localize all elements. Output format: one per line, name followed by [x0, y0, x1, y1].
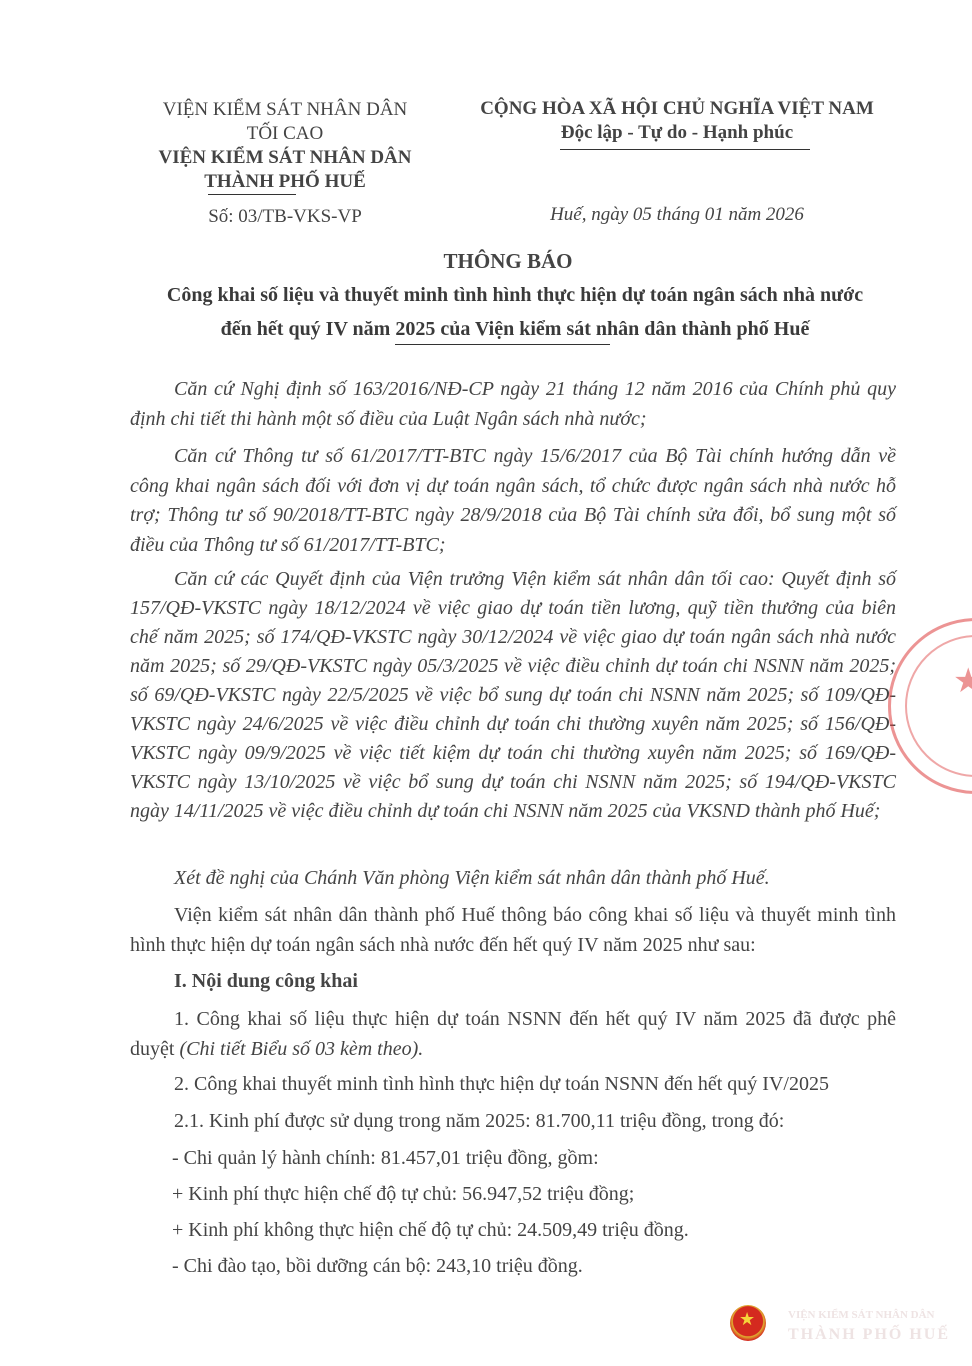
item-2: 2. Công khai thuyết minh tình hình thực … — [174, 1073, 829, 1096]
org-name-line2: THÀNH PHỐ HUẾ — [100, 170, 470, 194]
subtitle-underline — [395, 344, 610, 345]
item-1-note: (Chi tiết Biểu số 03 kèm theo). — [179, 1038, 423, 1060]
document-number: Số: 03/TB-VKS-VP — [100, 205, 470, 229]
autonomous-funding-line: + Kinh phí thực hiện chế độ tự chủ: 56.9… — [172, 1183, 634, 1206]
basis-proposal: Xét đề nghị của Chánh Văn phòng Viện kiể… — [130, 864, 896, 894]
item-2-1: 2.1. Kinh phí được sử dụng trong năm 202… — [174, 1110, 784, 1133]
star-icon: ★ — [953, 661, 972, 701]
item-1: 1. Công khai số liệu thực hiện dự toán N… — [130, 1005, 896, 1064]
basis-circular: Căn cứ Thông tư số 61/2017/TT-BTC ngày 1… — [130, 442, 896, 560]
watermark-line2: THÀNH PHỐ HUẾ — [788, 1326, 950, 1344]
section-heading: I. Nội dung công khai — [174, 970, 358, 993]
national-motto: Độc lập - Tự do - Hạnh phúc — [462, 121, 892, 145]
training-expense-line: - Chi đào tạo, bồi dưỡng cán bộ: 243,10 … — [172, 1255, 583, 1278]
org-name-line1: VIỆN KIỂM SÁT NHÂN DÂN — [100, 146, 470, 170]
intro-paragraph: Viện kiểm sát nhân dân thành phố Huế thô… — [130, 901, 896, 960]
document-subtitle-line2: đến hết quý IV năm 2025 của Viện kiểm sá… — [120, 312, 910, 346]
org-underline — [208, 194, 296, 195]
place-date: Huế, ngày 05 tháng 01 năm 2026 — [462, 203, 892, 227]
document-subtitle-line1: Công khai số liệu và thuyết minh tình hì… — [120, 278, 910, 312]
basis-decisions: Căn cứ các Quyết định của Viện trưởng Vi… — [130, 565, 896, 826]
national-emblem-icon: ★ — [730, 1305, 766, 1341]
motto-underline — [560, 149, 810, 150]
document-title: THÔNG BÁO — [0, 249, 972, 274]
official-seal-stamp: ★ — [888, 618, 972, 794]
parent-org-line1: VIỆN KIỂM SÁT NHÂN DÂN — [100, 98, 470, 122]
country-name: CỘNG HÒA XÃ HỘI CHỦ NGHĨA VIỆT NAM — [462, 97, 892, 121]
admin-expense-line: - Chi quản lý hành chính: 81.457,01 triệ… — [172, 1147, 599, 1170]
non-autonomous-funding-line: + Kinh phí không thực hiện chế độ tự chủ… — [172, 1219, 689, 1242]
parent-org-line2: TỐI CAO — [100, 122, 470, 146]
basis-decree: Căn cứ Nghị định số 163/2016/NĐ-CP ngày … — [130, 375, 896, 434]
watermark-line1: VIỆN KIỂM SÁT NHÂN DÂN — [788, 1309, 934, 1321]
